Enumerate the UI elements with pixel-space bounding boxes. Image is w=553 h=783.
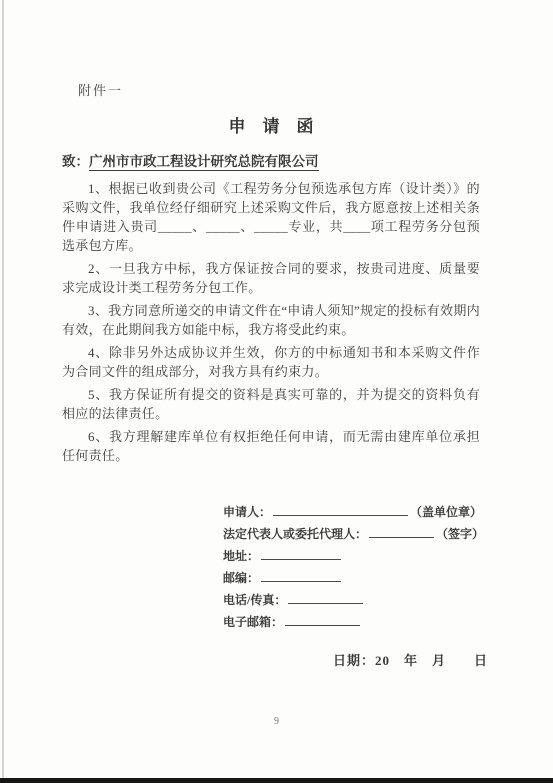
paragraph-6: 6、我方理解建库单位有权拒绝任何申请，而无需由建库单位承担任何责任。	[62, 427, 480, 465]
legal-representative-label: 法定代表人或委托代理人：	[223, 527, 367, 541]
scan-artifact-left-edge	[2, 0, 4, 783]
form-line-applicant: 申请人：（盖单位章）	[223, 501, 480, 523]
form-line-email: 电子邮箱：	[223, 611, 480, 633]
legal-representative-suffix: （签字）	[436, 527, 484, 541]
form-line-postal-code: 邮编：	[223, 567, 480, 589]
paragraph-5: 5、我方保证所有提交的资料是真实可靠的，并为提交的资料负有相应的法律责任。	[62, 385, 480, 423]
paragraph-1: 1、根据已收到贵公司《工程劳务分包预选承包方库（设计类）》的采购文件，我单位经仔…	[62, 179, 480, 255]
postal-code-label: 邮编：	[223, 571, 259, 585]
email-blank-line	[285, 614, 360, 626]
recipient-name: 广州市市政工程设计研究总院有限公司	[89, 154, 319, 171]
legal-representative-blank-line	[369, 526, 434, 538]
attachment-label: 附件一	[78, 80, 480, 99]
address-blank-line	[261, 548, 341, 560]
applicant-label: 申请人：	[223, 505, 271, 519]
date-line: 日期：20 年 月 日	[333, 650, 480, 669]
phone-fax-label: 电话/传真：	[223, 593, 286, 607]
applicant-blank-line	[273, 504, 408, 516]
form-line-phone-fax: 电话/传真：	[223, 589, 480, 611]
applicant-suffix: （盖单位章）	[410, 505, 482, 519]
recipient-line: 致：广州市市政工程设计研究总院有限公司	[62, 150, 480, 170]
body-paragraphs: 1、根据已收到贵公司《工程劳务分包预选承包方库（设计类）》的采购文件，我单位经仔…	[62, 179, 480, 465]
phone-fax-blank-line	[288, 592, 363, 604]
paragraph-2: 2、一旦我方中标，我方保证按合同的要求，按贵司进度、质量要求完成设计类工程劳务分…	[62, 259, 480, 297]
form-line-legal-representative: 法定代表人或委托代理人：（签字）	[223, 523, 480, 545]
document-title: 申 请 函	[62, 112, 480, 137]
form-line-address: 地址：	[223, 545, 480, 567]
signature-form: 申请人：（盖单位章） 法定代表人或委托代理人：（签字） 地址： 邮编： 电话/传…	[223, 501, 480, 633]
postal-code-blank-line	[261, 570, 341, 582]
paragraph-3: 3、我方同意所递交的申请文件在“申请人须知”规定的投标有效期内有效，在此期间我方…	[62, 301, 480, 339]
email-label: 电子邮箱：	[223, 615, 283, 629]
recipient-prefix: 致：	[62, 154, 89, 169]
document-content: 附件一 申 请 函 致：广州市市政工程设计研究总院有限公司 1、根据已收到贵公司…	[62, 0, 480, 669]
page-number: 9	[0, 716, 553, 727]
scanned-document-page: 附件一 申 请 函 致：广州市市政工程设计研究总院有限公司 1、根据已收到贵公司…	[0, 0, 553, 783]
paragraph-4: 4、除非另外达成协议并生效，你方的中标通知书和本采购文件作为合同文件的组成部分，…	[62, 343, 480, 381]
scan-artifact-bottom-edge	[0, 778, 553, 783]
address-label: 地址：	[223, 549, 259, 563]
